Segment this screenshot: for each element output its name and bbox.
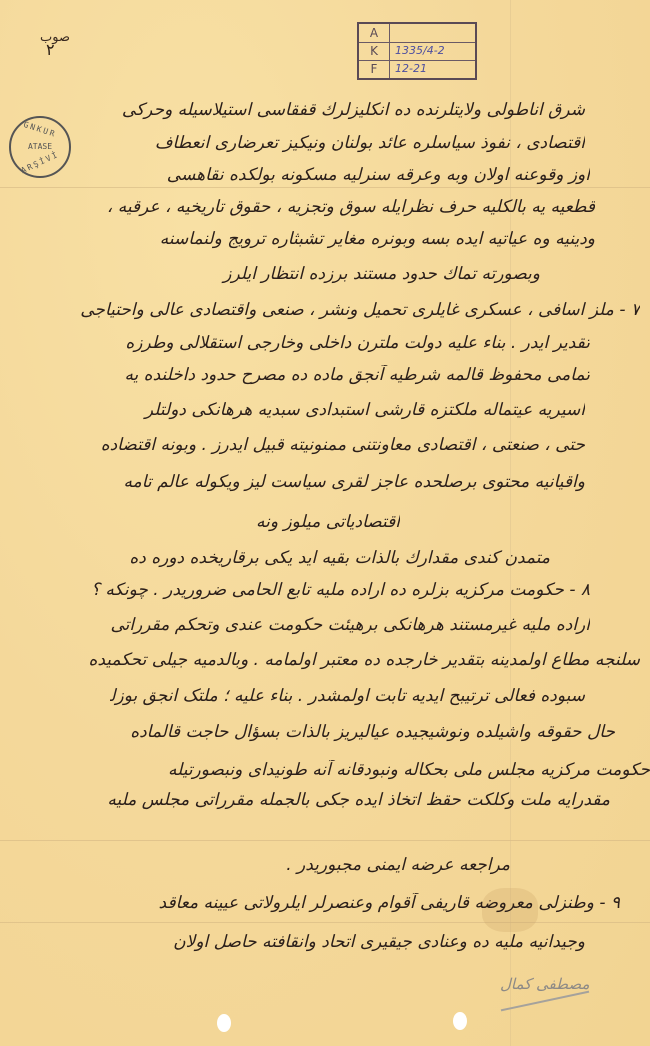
handwritten-line: شرق اناطولی ولایتلرنده ده انكلیزلرك قفقا…	[85, 100, 585, 120]
handwritten-line: قطعیه یه بالکلیه حرف نظرایله سوق وتجزیه …	[80, 197, 595, 217]
handwritten-line: سبوده فعالی ترتیبح ایدیه تابت اولمشدر . …	[110, 686, 585, 706]
handwritten-line: حتی ، صنعتی ، اقتصادی معاونتنی ممنونیته …	[80, 435, 585, 455]
handwritten-line: مقدرایه ملت وکلکت حقظ اتخاذ ایده جکی بال…	[100, 790, 610, 810]
handwritten-line: واقیانیه محتوی برصلحده عاجز لقری سیاست ل…	[85, 472, 585, 492]
handwritten-line: وجیدانیه ملیه ده وعنادی جیقیری اتحاد وان…	[115, 932, 585, 952]
pencil-signature: مصطفی کمال	[500, 975, 590, 993]
handwritten-line: اوز وقوعنه اولان وبه وعرقه سنرلیه مسکونه…	[80, 165, 590, 185]
handwritten-line: تقدیر ایدر . بناء علیه دولت ملترن داخلی …	[80, 333, 590, 353]
handwritten-line: ٧ - ملز اسافی ، عسکری غایلری تحمیل ونشر …	[60, 300, 640, 320]
handwritten-line: مراجعه عرضه ایمنی مجبوریدر .	[110, 855, 510, 875]
handwritten-line: ٨ - حکومت مرکزیه بزلره ده اراده ملیه تاب…	[80, 580, 590, 600]
handwritten-line: اقتصادی ، نفوذ سیاسلره عائد بولنان ونیکی…	[70, 133, 585, 153]
handwritten-line: حال حقوقه واشیلده ونوشیجیده عیالیریز بال…	[70, 722, 615, 742]
handwritten-body: شرق اناطولی ولایتلرنده ده انكلیزلرك قفقا…	[0, 0, 650, 1046]
handwritten-line: ٩ - وطنزلی معروضه قاریفی آقوام وعنصرلر ا…	[110, 893, 620, 913]
handwritten-line: ودینیه وه عیاتیه ایده بسه وبونره مغایر ت…	[75, 229, 595, 249]
handwritten-line: سلنجه مطاع اولمدینه بتقدیر خارجده ده معت…	[85, 650, 640, 670]
handwritten-line: اراده ملیه غیرمستند هرهانکی برهیئت حکومت…	[85, 615, 590, 635]
handwritten-line: اسیریه عیتماله ملکتزه قارشی استبدادی سبد…	[75, 400, 585, 420]
handwritten-line: متمدن کندی مقدارك بالذات بقیه اید یکی بر…	[110, 548, 550, 568]
punch-hole	[217, 1014, 231, 1032]
handwritten-line: حکومت مرکزیه مجلس ملی بحکاله ونبودقانه آ…	[80, 760, 650, 780]
handwritten-line: اقتصادیاتی میلوز ونه	[100, 512, 400, 532]
punch-hole	[453, 1012, 467, 1030]
handwritten-line: تمامی محفوظ قالمه شرطیه آنجق ماده ده مصر…	[85, 365, 590, 385]
handwritten-line: وبصورته تماك حدود مستند برزده انتظار ایل…	[85, 264, 540, 284]
